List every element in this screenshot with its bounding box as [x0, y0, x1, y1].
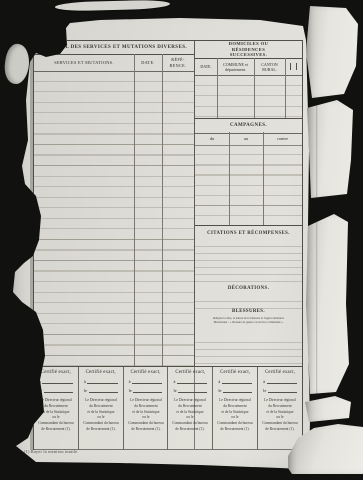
certification-block: Certifié exact, à le Le Directeur région… — [258, 367, 302, 450]
certify-place-line: à — [39, 379, 73, 385]
col-reference-label: RÉFÉ- RENCE. — [162, 54, 194, 71]
torn-fragment — [307, 100, 355, 198]
blank-rule — [222, 378, 252, 384]
blank-rule — [133, 387, 162, 393]
certify-place-line: à — [173, 379, 207, 385]
col-contre-label: contre — [263, 133, 302, 145]
place-prefix: à — [129, 379, 131, 384]
torn-fragment — [55, 0, 170, 12]
certify-signer: Le Directeur régional du Recrutement et … — [81, 397, 121, 432]
col-reference-text: RÉFÉ- RENCE. — [169, 57, 187, 68]
blank-rule — [268, 387, 297, 393]
blank-rule — [132, 378, 162, 384]
col-canton-label: CANTON RURAL. — [254, 58, 285, 75]
place-prefix: à — [39, 379, 41, 384]
blessures-title: BLESSURES. — [195, 307, 302, 316]
blank-rule — [223, 387, 252, 393]
domiciles-title: DOMICILES OU RÉSIDENCES SUCCESSIVES. — [195, 41, 302, 59]
certification-block: Certifié exact, à le Le Directeur région… — [168, 367, 213, 450]
campagnes-title: CAMPAGNES. — [195, 118, 302, 134]
services-title: — DÉTAIL DES SERVICES ET MUTATIONS DIVER… — [34, 41, 194, 55]
citations-title: CITATIONS ET RÉCOMPENSES. — [195, 225, 302, 241]
date-prefix: le — [218, 388, 221, 393]
col-date-label: DATE. — [195, 58, 217, 75]
domiciles-title-text: DOMICILES OU RÉSIDENCES SUCCESSIVES. — [213, 41, 285, 59]
certify-date-line: le — [173, 388, 207, 394]
certify-heading: Certifié exact, — [36, 370, 76, 375]
col-au-label: au — [229, 133, 263, 145]
certify-signer: Le Directeur régional du Recrutement et … — [36, 397, 76, 432]
certify-place-line: à — [129, 379, 163, 385]
certify-heading: Certifié exact, — [260, 370, 300, 375]
blank-rule — [87, 378, 117, 384]
domiciles-ruled-rows — [195, 75, 302, 118]
date-prefix: le — [129, 388, 132, 393]
signer-line: de Recrutement (1). — [262, 426, 299, 432]
services-header-row: SERVICES ET MUTATIONS. DATE. RÉFÉ- RENCE… — [34, 54, 194, 72]
citations-ruled-rows — [195, 240, 302, 282]
column-separator — [285, 58, 286, 118]
col-du-label: du — [195, 133, 229, 145]
tick-mark — [290, 63, 291, 70]
torn-fragment — [2, 42, 32, 85]
campagnes-ruled-rows — [195, 145, 302, 225]
certify-date-line: le — [263, 388, 297, 394]
blessures-ruled-rows — [195, 336, 302, 366]
column-separator — [162, 54, 163, 366]
blank-rule — [89, 387, 118, 393]
campagnes-header-row: du au contre — [195, 133, 302, 146]
certify-date-line: le — [218, 388, 252, 394]
blank-rule — [42, 378, 72, 384]
column-separator — [229, 132, 230, 225]
certify-signer: Le Directeur régional du Recrutement et … — [215, 397, 255, 432]
column-separator — [217, 58, 218, 118]
blank-rule — [44, 387, 73, 393]
certify-date-line: le — [39, 388, 73, 394]
certify-signer: Le Directeur régional du Recrutement et … — [126, 397, 166, 432]
certify-date-line: le — [129, 388, 163, 394]
certification-strip: Certifié exact, à le Le Directeur région… — [34, 366, 302, 450]
certify-heading: Certifié exact, — [126, 370, 166, 375]
certify-signer: Le Directeur régional du Recrutement et … — [170, 397, 210, 432]
blank-rule — [177, 378, 207, 384]
scanned-register-page: — DÉTAIL DES SERVICES ET MUTATIONS DIVER… — [0, 0, 363, 480]
col-services-label: SERVICES ET MUTATIONS. — [34, 54, 134, 71]
certify-place-line: à — [218, 379, 252, 385]
certify-place-line: à — [263, 379, 297, 385]
blessures-header: BLESSURES. Indiquer la date, la nature d… — [195, 307, 302, 335]
date-prefix: le — [39, 388, 42, 393]
column-separator — [134, 54, 135, 366]
place-prefix: à — [173, 379, 175, 384]
certification-block: Certifié exact, à le Le Directeur région… — [124, 367, 169, 450]
certify-heading: Certifié exact, — [215, 370, 255, 375]
col-commune-label: COMMUNE et département. — [217, 58, 254, 75]
signer-line: de Recrutement (1). — [217, 426, 254, 432]
certify-date-line: le — [84, 388, 118, 394]
signer-line: de Recrutement (1). — [38, 426, 75, 432]
date-prefix: le — [263, 388, 266, 393]
signer-line: de Recrutement (1). — [82, 426, 119, 432]
certify-place-line: à — [84, 379, 118, 385]
place-prefix: à — [84, 379, 86, 384]
column-separator — [254, 58, 255, 118]
domiciles-header-row: DATE. COMMUNE et département. CANTON RUR… — [195, 58, 302, 76]
place-prefix: à — [218, 379, 220, 384]
col-date-label: DATE. — [134, 54, 162, 71]
footnote: (1) Rayer la mention inutile. — [24, 449, 79, 454]
services-ruled-rows — [34, 71, 194, 366]
blank-rule — [267, 378, 297, 384]
certify-heading: Certifié exact, — [170, 370, 210, 375]
blank-rule — [178, 387, 207, 393]
decorations-title: DÉCORATIONS. — [195, 282, 302, 295]
certification-block: Certifié exact, à le Le Directeur région… — [213, 367, 258, 450]
vertical-marks — [285, 58, 302, 75]
torn-fragment — [305, 396, 353, 422]
signer-line: de Recrutement (1). — [172, 426, 209, 432]
certify-heading: Certifié exact, — [81, 370, 121, 375]
date-prefix: le — [173, 388, 176, 393]
date-prefix: le — [84, 388, 87, 393]
certification-block: Certifié exact, à le Le Directeur région… — [34, 367, 79, 450]
torn-fragment — [306, 214, 350, 394]
torn-fragment — [306, 6, 358, 98]
record-form: — DÉTAIL DES SERVICES ET MUTATIONS DIVER… — [33, 40, 303, 450]
certification-block: Certifié exact, à le Le Directeur région… — [79, 367, 124, 450]
signer-line: de Recrutement (1). — [127, 426, 164, 432]
column-separator — [263, 132, 264, 225]
blessures-note-2: Mentionner : « blessure de guerre ou ser… — [203, 320, 294, 324]
certify-signer: Le Directeur régional du Recrutement et … — [260, 397, 300, 432]
tick-mark — [296, 63, 297, 70]
place-prefix: à — [263, 379, 265, 384]
